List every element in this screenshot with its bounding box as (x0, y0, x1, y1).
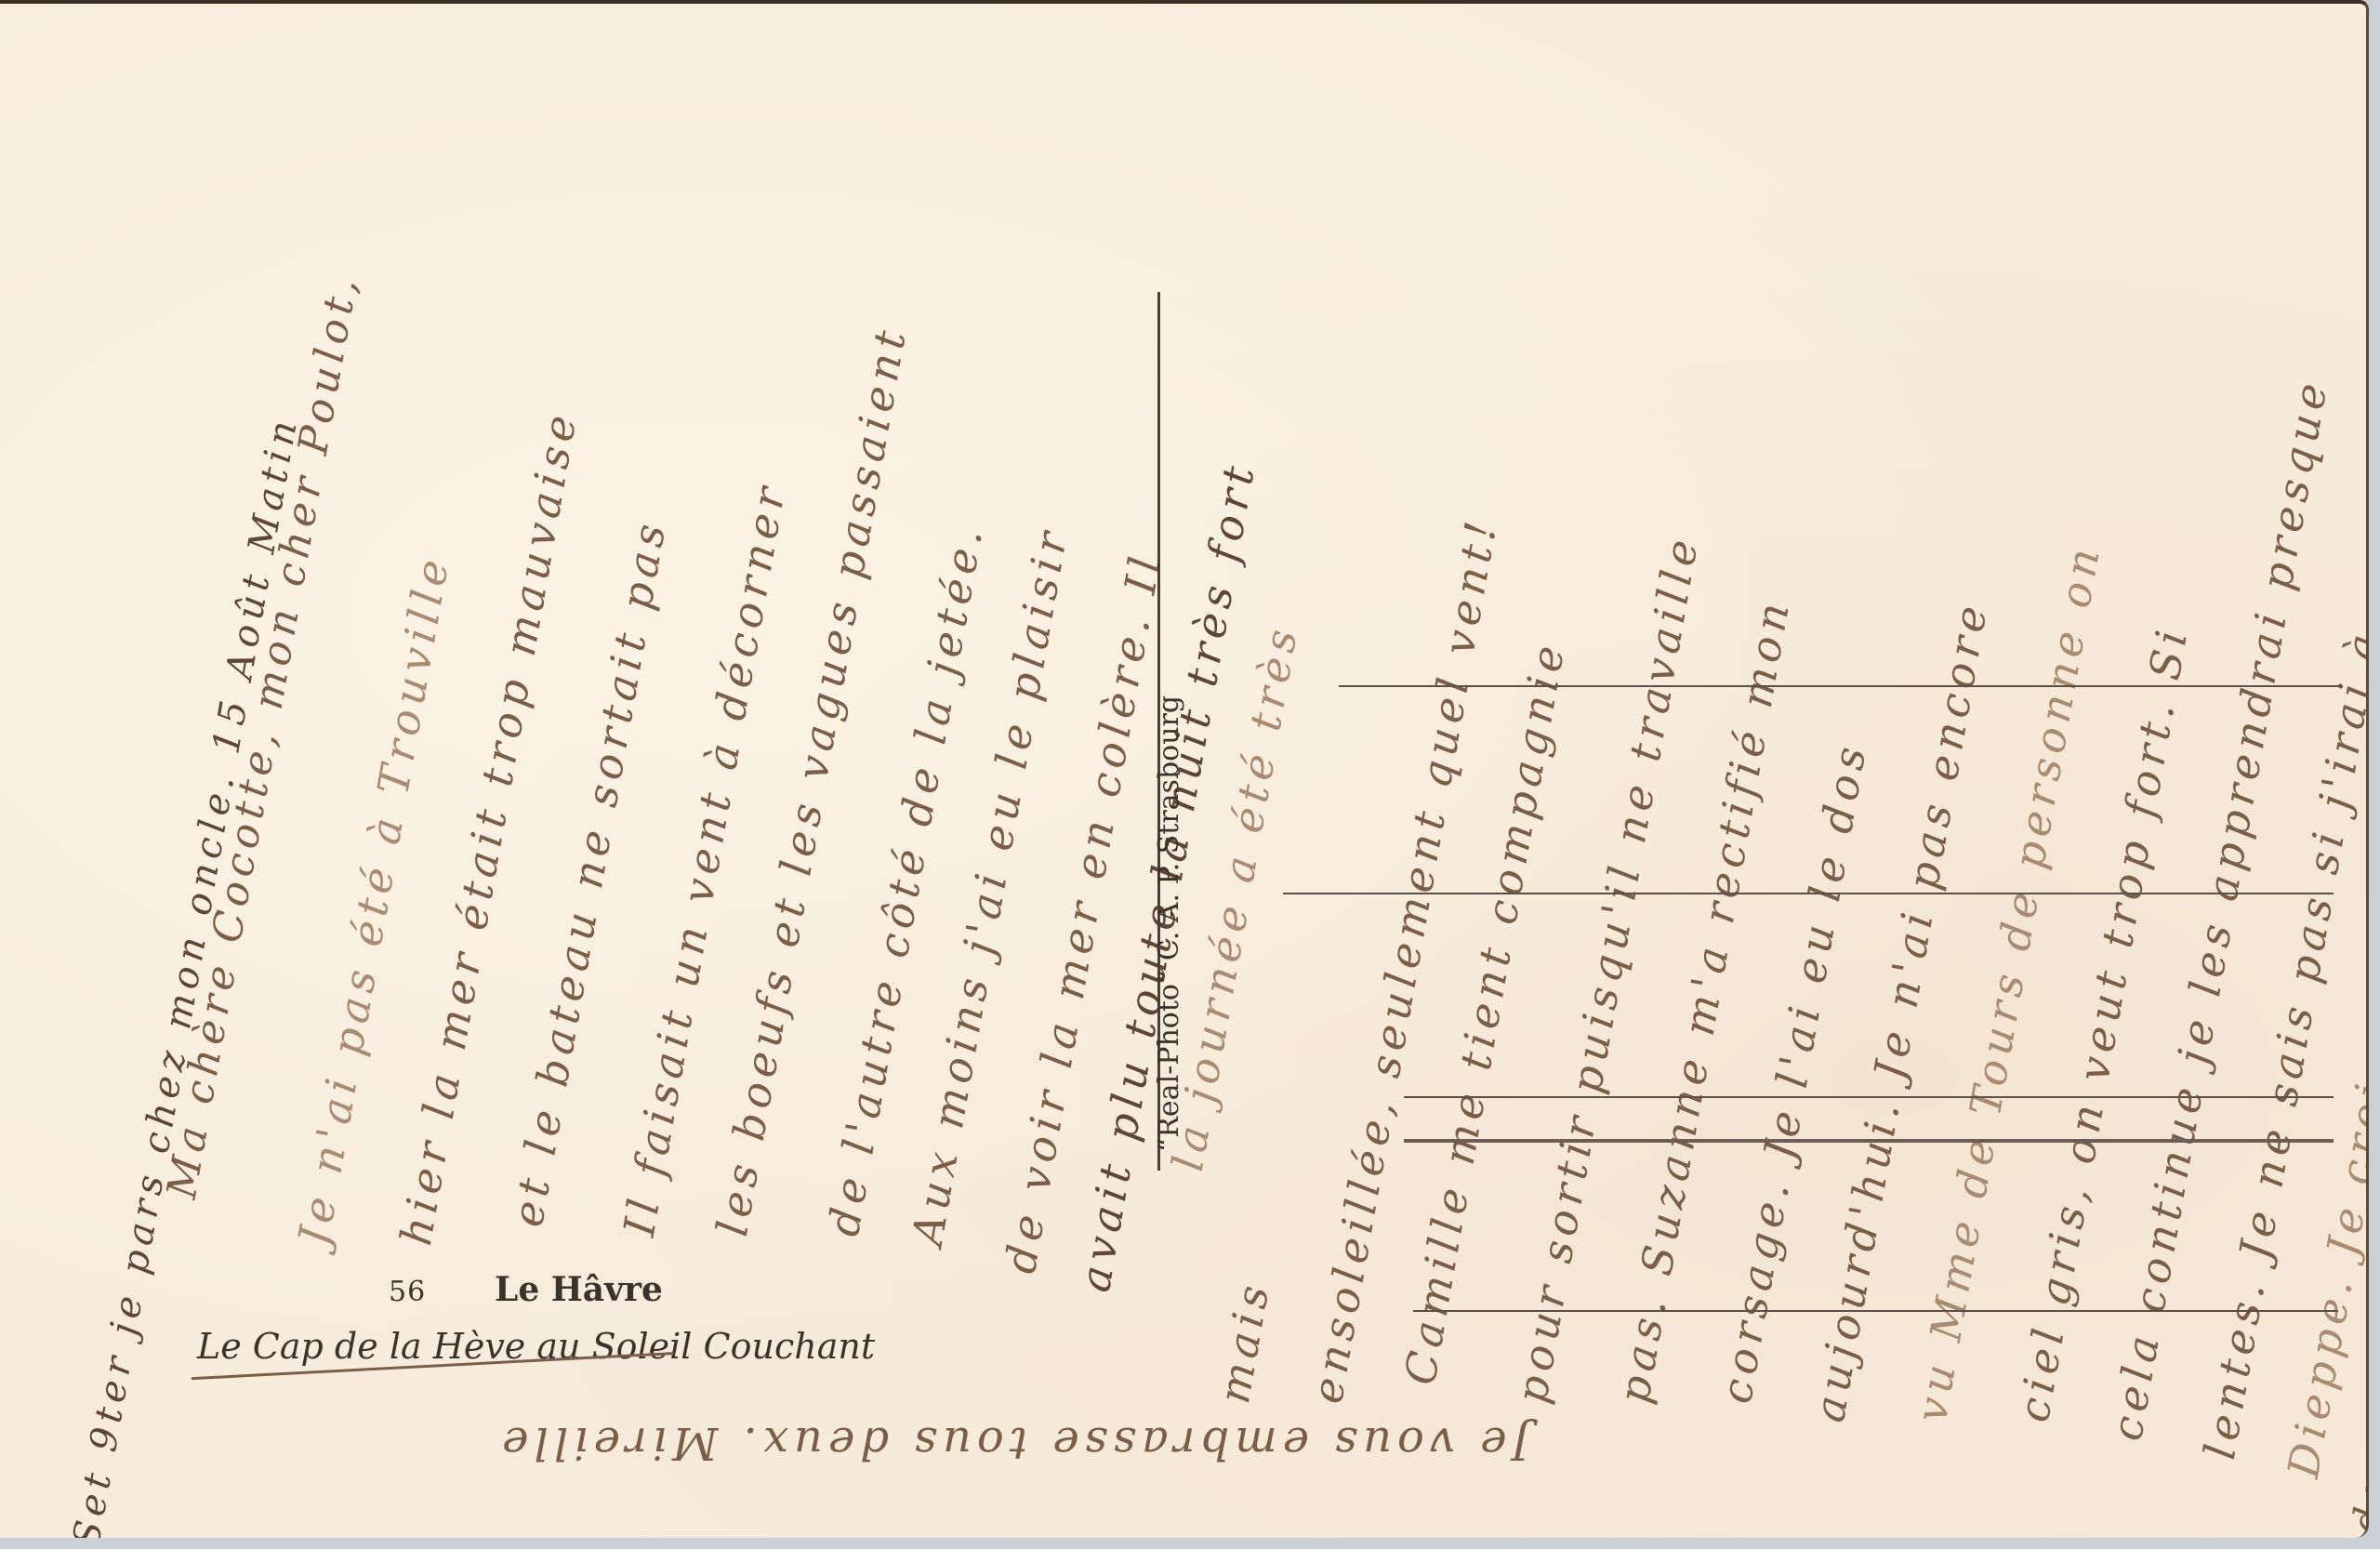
address-line (1283, 893, 2334, 894)
card-place: Le Hâvre (495, 1270, 663, 1309)
handwriting-line: mais (1209, 1277, 1279, 1408)
postcard-back: Set 9ter je pars chez mon oncle. 15 Août… (0, 0, 2369, 1538)
address-line (1339, 685, 2343, 687)
address-line (1413, 1310, 2338, 1312)
upside-down-signature: Je vous embrasse tous deux. Mireille (223, 1417, 1804, 1469)
address-line (1404, 1096, 2334, 1098)
address-line (1404, 1139, 2334, 1143)
publisher-imprint: “Real-Photo” C. A. P. Strasbourg (1153, 695, 1185, 1152)
card-number: 56 (389, 1276, 426, 1308)
